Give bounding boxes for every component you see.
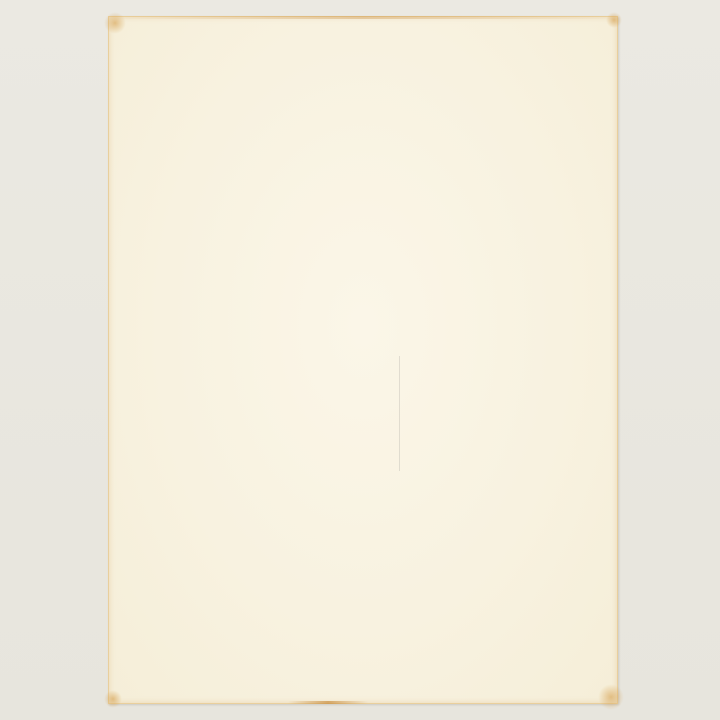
corner-stain-top-right xyxy=(606,12,622,28)
top-edge-stain xyxy=(108,16,618,19)
corner-stain-bottom-right xyxy=(598,684,624,710)
paper-sheet xyxy=(108,16,618,704)
faint-crease xyxy=(399,356,400,471)
bottom-edge-stain xyxy=(288,701,368,704)
corner-stain-bottom-left xyxy=(104,690,122,708)
